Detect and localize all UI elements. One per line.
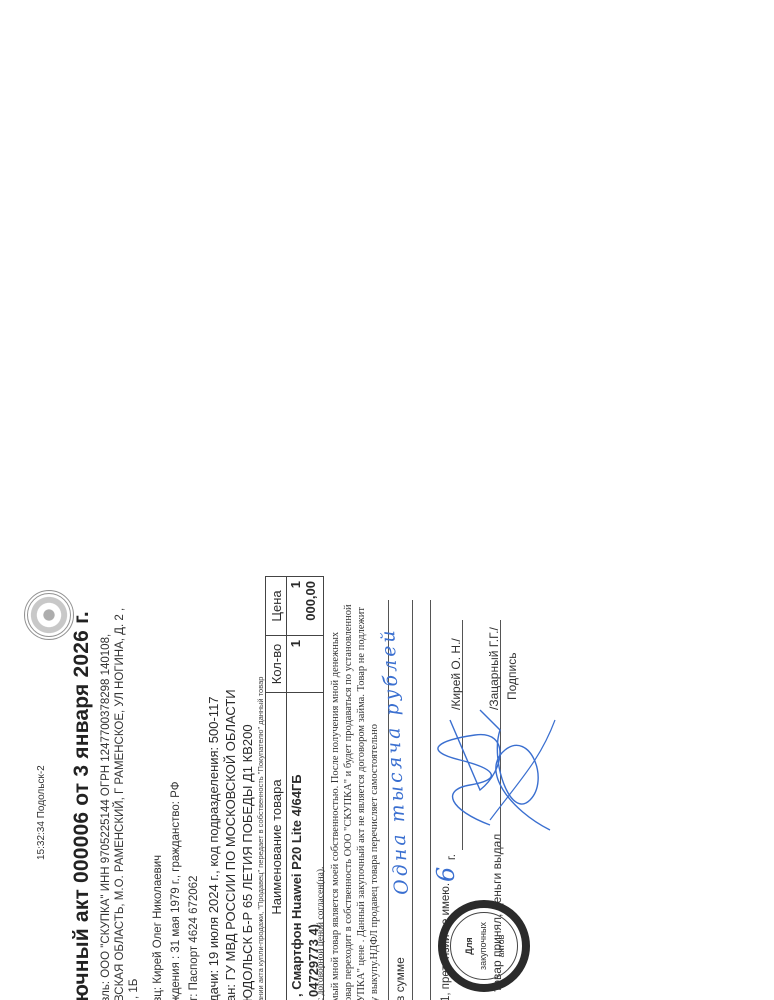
scanned-purchase-act: 15:32:34 Подольск-2 ючный акт 000006 от … — [0, 0, 774, 1000]
terms-line-5: у выкупу.НДФЛ продавец товара перечисляе… — [369, 724, 380, 1000]
corner-stamp — [24, 590, 74, 640]
sum-underline — [412, 600, 413, 1000]
goods-table-header: Наименование товара Кол-во Цена — [266, 577, 287, 1000]
buyer-signature — [470, 700, 565, 840]
transfer-note: ании акта купли-продажи, "Продавец" пере… — [256, 677, 265, 1000]
vendor-issued-date: дачи: 19 июля 2024 г., код подразделения… — [206, 696, 221, 1000]
vendor-birth: ждения : 31 мая 1979 г., гражданство: РФ — [170, 782, 182, 1000]
item-price: 1 000,00 — [287, 577, 324, 636]
seal-text-middle: закупочных — [478, 908, 488, 984]
terms-line-2: мый мной товар является моей собственнос… — [330, 632, 341, 1000]
item-name-line-1: , Смартфон Huawei P20 Lite 4/64ГБ — [288, 697, 305, 997]
vendor-address: ЮДОЛЬСК Б-Р 65 ЛЕТИЯ ПОБЕДЫ Д1 КВ200 — [240, 724, 255, 1000]
vendor-issued-by: ан: ГУ МВД РОССИИ ПО МОСКОВСКОЙ ОБЛАСТИ — [223, 689, 238, 1000]
buyer-signature-name: /Зацарный Г.Г./ — [487, 627, 501, 710]
header-price: Цена — [266, 577, 287, 636]
document-title: ючный акт 000006 от 3 января 2026 г. — [70, 611, 94, 1000]
sum-label: в сумме — [393, 957, 407, 1000]
seller-line-1: зль: ООО "СКУПКА" ИНН 9705225144 ОГРН 12… — [100, 634, 112, 1000]
company-seal: Для закупочных актов — [438, 900, 530, 992]
vendor-signature-name: /Кирей О. Н./ — [449, 638, 463, 710]
seller-line-3: |, 1Б — [128, 979, 140, 1000]
header-qty: Кол-во — [266, 636, 287, 693]
print-time: 15:32:34 Подольск-2 — [36, 765, 47, 860]
sum-handwritten: Одна тысяча рублей — [377, 627, 413, 896]
terms-line-1: с договорной ценой согласен(на). — [316, 867, 326, 1000]
vendor-passport: т: Паспорт 4624 672062 — [188, 876, 200, 1000]
seller-line-2: ВСКАЯ ОБЛАСТЬ, М.О. РАМЕНСКИЙ, Г РАМЕНСК… — [114, 608, 126, 1000]
item-qty: 1 — [287, 636, 324, 693]
header-name: Наименование товара — [266, 693, 287, 1000]
seal-text-bottom: актов — [496, 908, 506, 984]
date-handwritten: 6 — [432, 867, 460, 882]
seal-text-top: Для — [464, 908, 474, 984]
terms-line-3: овар переходит в собственность ООО "СКУП… — [343, 604, 354, 1000]
vendor-name: зц: Кирей Олег Николаевич — [152, 855, 164, 1000]
year-suffix: г. — [446, 854, 458, 860]
terms-line-4: УПКА" цене . Данный закупочный акт не яв… — [356, 607, 367, 1000]
signature-caption: Подпись — [505, 653, 519, 701]
